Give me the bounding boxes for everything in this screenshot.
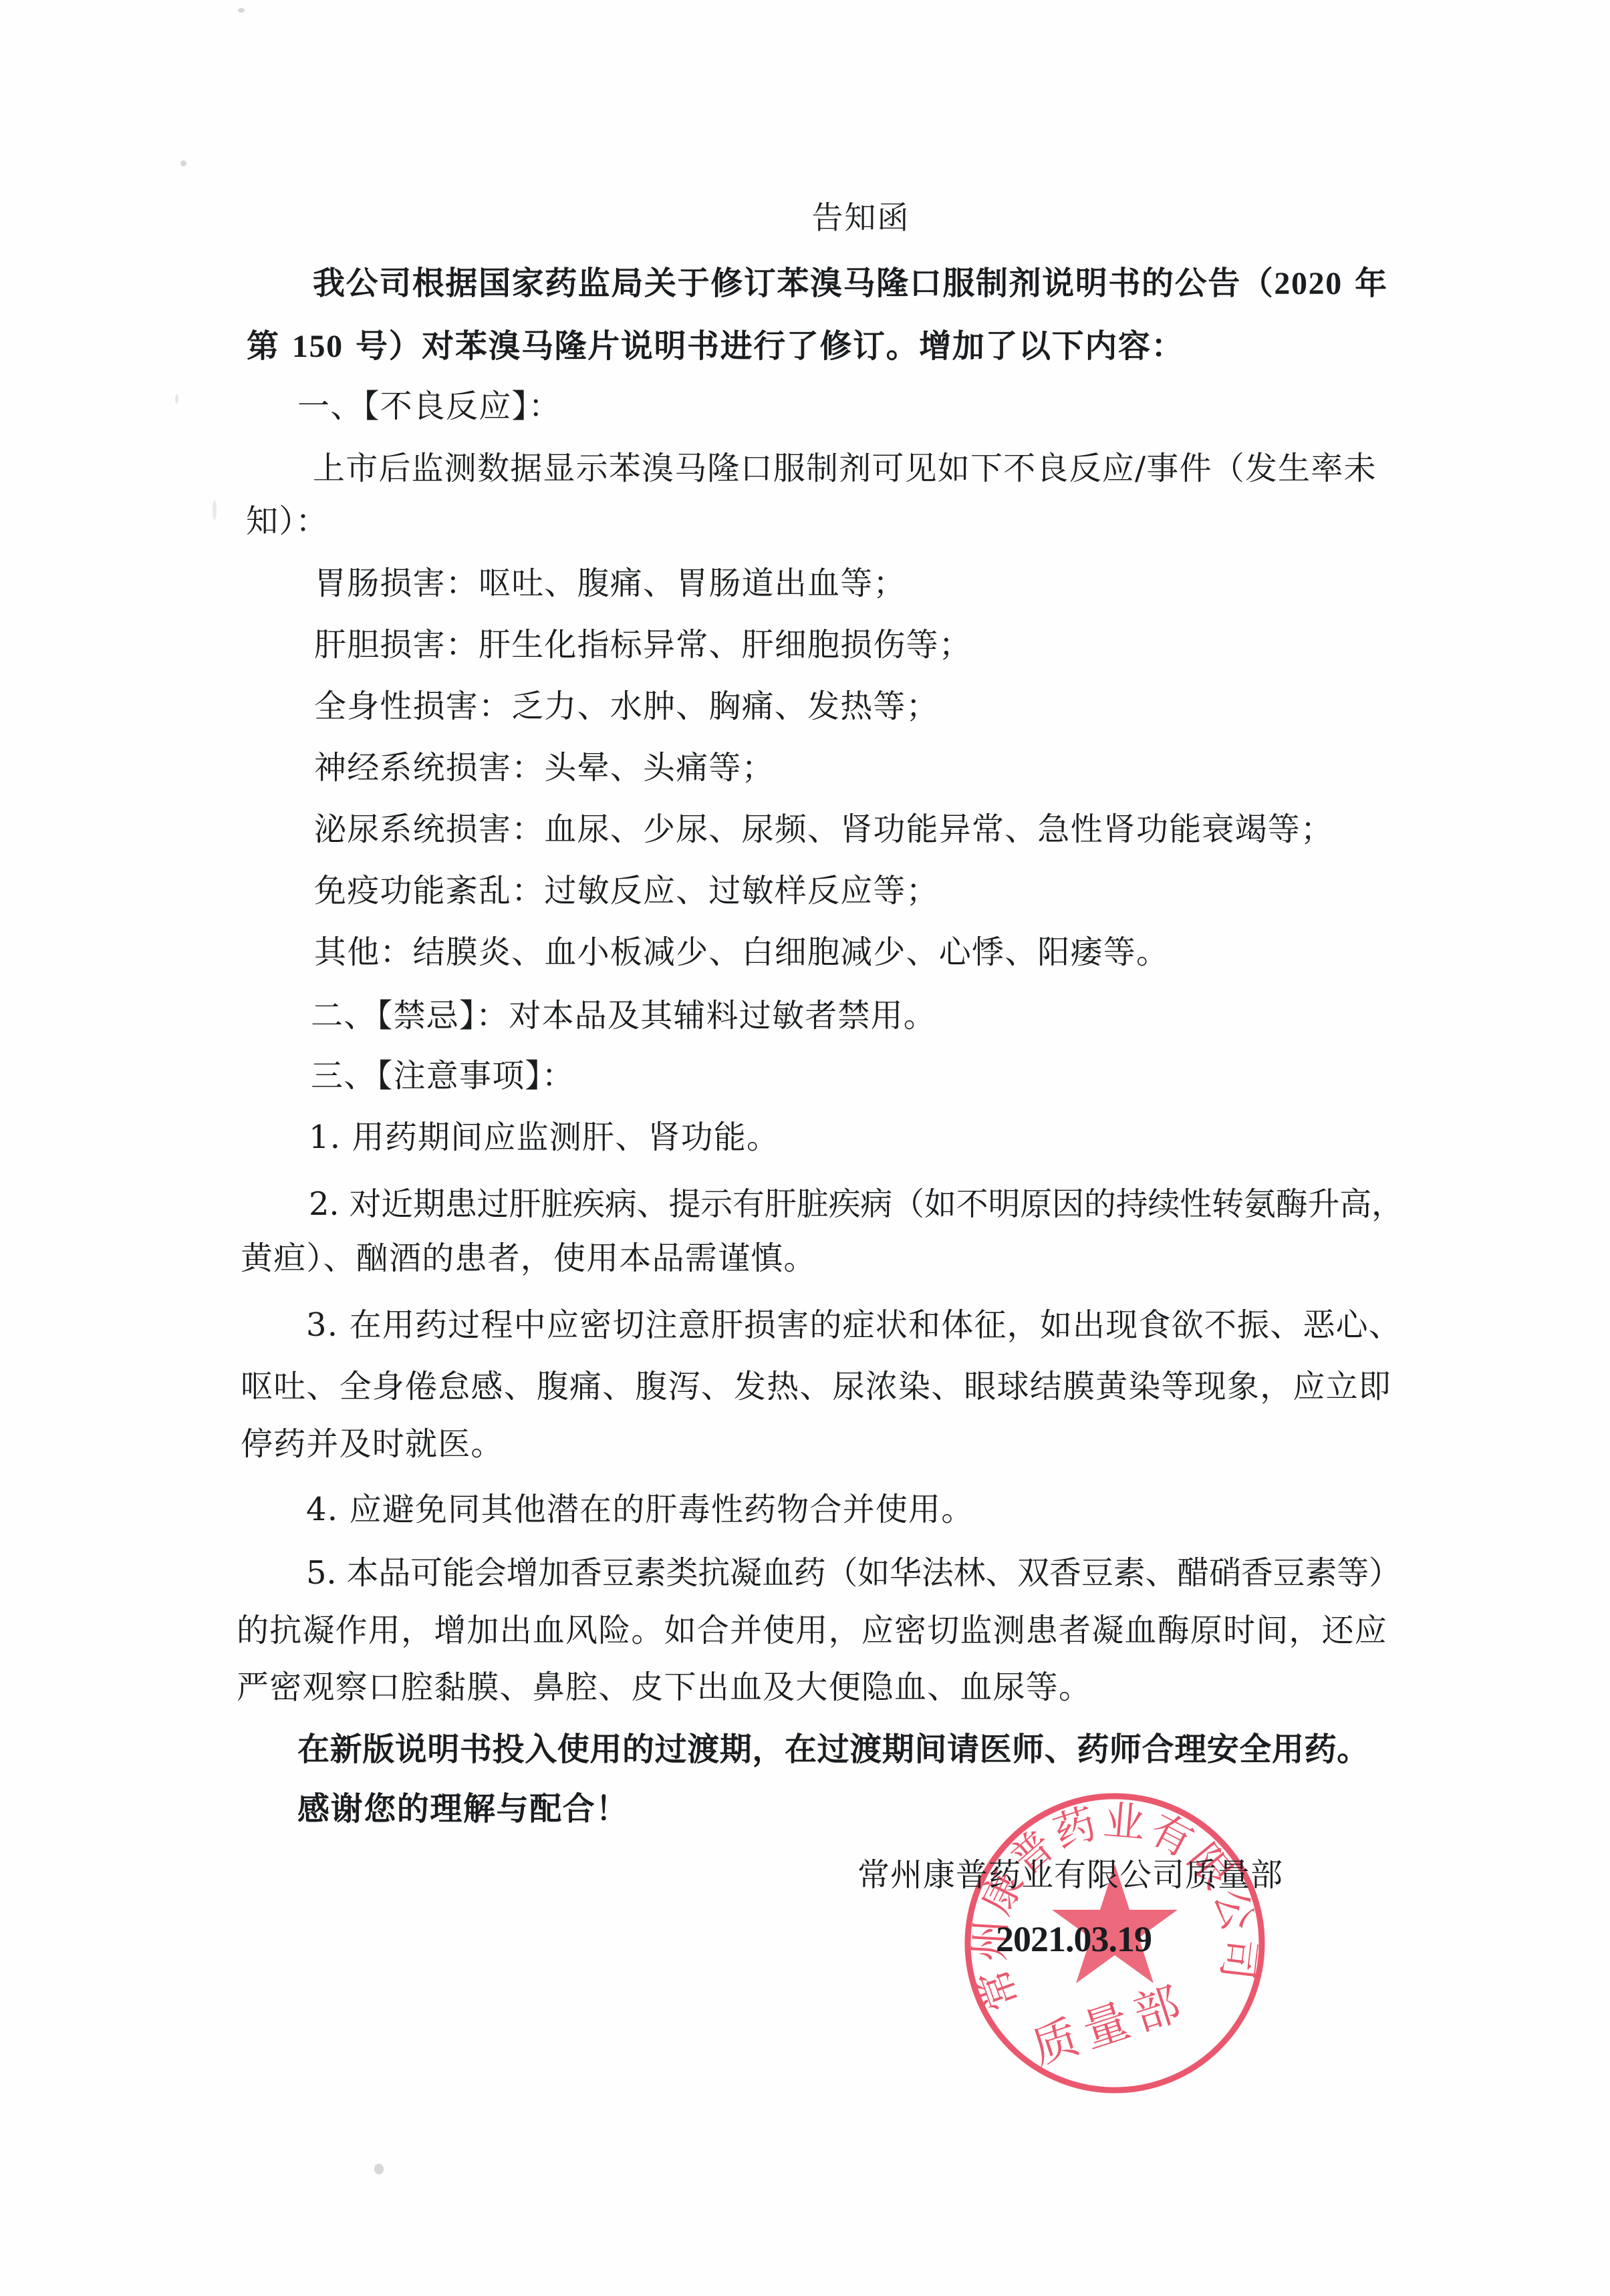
- intro-text-2: 号）对苯溴马隆片说明书进行了修订。增加了以下内容：: [344, 327, 1184, 365]
- scan-speck: [213, 500, 217, 520]
- precaution-item-2-line-1: 2. 对近期患过肝脏疾病、提示有肝脏疾病（如不明原因的持续性转氨酶升高，: [309, 1185, 1403, 1223]
- precaution-item-1: 1. 用药期间应监测肝、肾功能。: [309, 1119, 779, 1156]
- intro-number-prefix: 第: [247, 327, 292, 365]
- intro-year-suffix: 年: [1343, 265, 1388, 302]
- document-title: 告知函: [0, 200, 1610, 237]
- section-heading-adverse-reactions: 一、【不良反应】：: [297, 388, 561, 425]
- intro-number: 150: [292, 329, 344, 364]
- adverse-item: 其他：结膜炎、血小板减少、白细胞减少、心悸、阳痿等。: [314, 934, 1169, 971]
- adverse-item: 神经系统损害：头晕、头痛等；: [314, 749, 775, 786]
- precaution-item-3-line-3: 停药并及时就医。: [241, 1425, 504, 1463]
- scan-speck: [175, 394, 178, 404]
- precaution-item-5-line-3: 严密观察口腔黏膜、鼻腔、皮下出血及大便隐血、血尿等。: [237, 1669, 1091, 1706]
- adverse-intro-line-1: 上市后监测数据显示苯溴马隆口服制剂可见如下不良反应/事件（发生率未: [313, 450, 1377, 487]
- intro-text: 我公司根据国家药监局关于修订苯溴马隆口服制剂说明书的公告（: [313, 265, 1274, 302]
- intro-line-2: 第 150 号）对苯溴马隆片说明书进行了修订。增加了以下内容：: [247, 327, 1184, 365]
- precaution-item-2-line-2: 黄疸）、酗酒的患者，使用本品需谨慎。: [241, 1240, 817, 1277]
- adverse-item: 全身性损害：乏力、水肿、胸痛、发热等；: [314, 688, 939, 725]
- adverse-item: 肝胆损害：肝生化指标异常、肝细胞损伤等；: [314, 626, 972, 664]
- scan-speck: [374, 2164, 384, 2174]
- precaution-item-5-line-2: 的抗凝作用，增加出血风险。如合并使用，应密切监测患者凝血酶原时间，还应: [237, 1612, 1387, 1649]
- adverse-item: 泌尿系统损害：血尿、少尿、尿频、肾功能异常、急性肾功能衰竭等；: [314, 811, 1333, 848]
- closing-thanks: 感谢您的理解与配合！: [297, 1790, 629, 1828]
- intro-line-1: 我公司根据国家药监局关于修订苯溴马隆口服制剂说明书的公告（2020 年: [313, 265, 1388, 302]
- precaution-item-3-line-1: 3. 在用药过程中应密切注意肝损害的症状和体征，如出现食欲不振、恶心、: [306, 1306, 1401, 1344]
- scan-speck: [180, 160, 186, 166]
- section-heading-precautions: 三、【注意事项】：: [311, 1057, 575, 1095]
- precaution-item-4: 4. 应避免同其他潜在的肝毒性药物合并使用。: [306, 1491, 974, 1528]
- adverse-item: 免疫功能紊乱：过敏反应、过敏样反应等；: [314, 872, 939, 909]
- precaution-item-5-line-1: 5. 本品可能会增加香豆素类抗凝血药（如华法林、双香豆素、醋硝香豆素等）: [306, 1554, 1401, 1592]
- seal-bottom-text: 质量部: [1026, 1975, 1195, 2075]
- precaution-item-3-line-2: 呕吐、全身倦怠感、腹痛、腹泻、发热、尿浓染、眼球结膜黄染等现象，应立即: [241, 1368, 1391, 1405]
- closing-transition-note: 在新版说明书投入使用的过渡期，在过渡期间请医师、药师合理安全用药。: [297, 1731, 1369, 1768]
- section-contraindications: 二、【禁忌】：对本品及其辅料过敏者禁用。: [311, 997, 936, 1034]
- scan-speck: [238, 8, 245, 13]
- signing-department: 常州康普药业有限公司质量部: [857, 1856, 1283, 1894]
- intro-year: 2020: [1274, 266, 1342, 301]
- adverse-item: 胃肠损害：呕吐、腹痛、胃肠道出血等；: [314, 565, 906, 602]
- scanned-document-page: 告知函 我公司根据国家药监局关于修订苯溴马隆口服制剂说明书的公告（2020 年 …: [0, 0, 1610, 2296]
- document-date: 2021.03.19: [996, 1919, 1152, 1959]
- adverse-intro-line-2: 知）：: [246, 503, 329, 540]
